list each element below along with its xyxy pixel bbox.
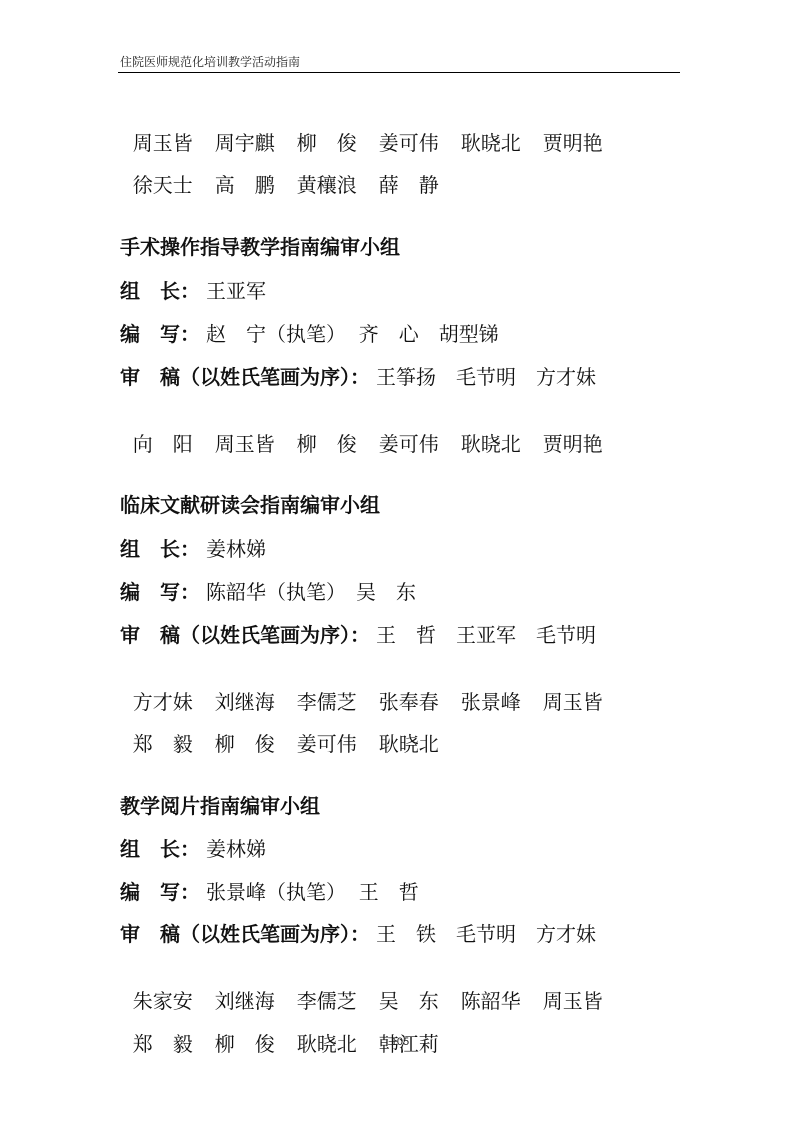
name: 薛 静 — [379, 173, 439, 197]
name: 贾明艳 — [543, 131, 603, 155]
writers-names: 赵 宁（执笔） 齐 心 胡型锑 — [206, 322, 499, 346]
leader-line: 组 长：姜林娣 — [120, 837, 266, 861]
leader-label: 组 长： — [120, 279, 200, 303]
reviewers-names: 王 铁 毛节明 方才妹 — [376, 922, 596, 946]
section-title: 教学阅片指南编审小组 — [120, 794, 320, 818]
name-row: 朱家安刘继海李儒芝吴 东陈韶华周玉皆 — [120, 965, 625, 1013]
leader-name: 姜林娣 — [206, 837, 266, 861]
name-row: 郑 毅柳 俊耿晓北韩江莉 — [120, 1008, 461, 1056]
name: 耿晓北 — [379, 732, 439, 756]
leader-label: 组 长： — [120, 537, 200, 561]
reviewers-line: 审 稿（以姓氏笔画为序）：王 铁 毛节明 方才妹 — [120, 922, 596, 946]
name: 周玉皆 — [543, 989, 603, 1013]
name: 柳 俊 — [215, 732, 275, 756]
writers-line: 编 写：赵 宁（执笔） 齐 心 胡型锑 — [120, 322, 499, 346]
reviewers-label: 审 稿（以姓氏笔画为序）： — [120, 365, 370, 389]
page-number: 105 — [0, 1036, 800, 1048]
name: 黄穰浪 — [297, 173, 357, 197]
writers-label: 编 写： — [120, 580, 200, 604]
name: 柳 俊 — [297, 432, 357, 456]
reviewers-names: 王 哲 王亚军 毛节明 — [376, 623, 596, 647]
leader-name: 姜林娣 — [206, 537, 266, 561]
reviewers-names: 王筝扬 毛节明 方才妹 — [376, 365, 596, 389]
leader-line: 组 长：王亚军 — [120, 279, 266, 303]
reviewers-label: 审 稿（以姓氏笔画为序）： — [120, 922, 370, 946]
name: 姜可伟 — [297, 732, 357, 756]
name: 向 阳 — [133, 432, 193, 456]
name: 郑 毅 — [133, 732, 193, 756]
writers-label: 编 写： — [120, 322, 200, 346]
name-row: 徐天士高 鹏黄穰浪薛 静 — [120, 149, 461, 197]
writers-line: 编 写：陈韶华（执笔） 吴 东 — [120, 580, 416, 604]
name: 张景峰 — [461, 690, 521, 714]
writers-names: 张景峰（执笔） 王 哲 — [206, 880, 419, 904]
header-divider — [118, 72, 680, 73]
leader-name: 王亚军 — [206, 279, 266, 303]
name: 高 鹏 — [215, 173, 275, 197]
writers-label: 编 写： — [120, 880, 200, 904]
reviewers-line: 审 稿（以姓氏笔画为序）：王 哲 王亚军 毛节明 — [120, 623, 596, 647]
name-row: 向 阳周玉皆柳 俊姜可伟耿晓北贾明艳 — [120, 408, 625, 456]
name-row: 周玉皆周宇麒柳 俊姜可伟耿晓北贾明艳 — [120, 107, 625, 155]
leader-line: 组 长：姜林娣 — [120, 537, 266, 561]
writers-names: 陈韶华（执笔） 吴 东 — [206, 580, 416, 604]
leader-label: 组 长： — [120, 837, 200, 861]
reviewers-label: 审 稿（以姓氏笔画为序）： — [120, 623, 370, 647]
name-row: 方才妹刘继海李儒芝张奉春张景峰周玉皆 — [120, 666, 625, 714]
name: 耿晓北 — [461, 432, 521, 456]
header-title: 住院医师规范化培训教学活动指南 — [120, 53, 300, 70]
name: 陈韶华 — [461, 989, 521, 1013]
name: 贾明艳 — [543, 432, 603, 456]
writers-line: 编 写：张景峰（执笔） 王 哲 — [120, 880, 419, 904]
name-row: 郑 毅柳 俊姜可伟耿晓北 — [120, 708, 461, 756]
name: 周玉皆 — [215, 432, 275, 456]
section-title: 手术操作指导教学指南编审小组 — [120, 235, 400, 259]
reviewers-line: 审 稿（以姓氏笔画为序）：王筝扬 毛节明 方才妹 — [120, 365, 596, 389]
name: 周玉皆 — [543, 690, 603, 714]
name: 姜可伟 — [379, 432, 439, 456]
section-title: 临床文献研读会指南编审小组 — [120, 493, 380, 517]
name: 耿晓北 — [461, 131, 521, 155]
name: 徐天士 — [133, 173, 193, 197]
